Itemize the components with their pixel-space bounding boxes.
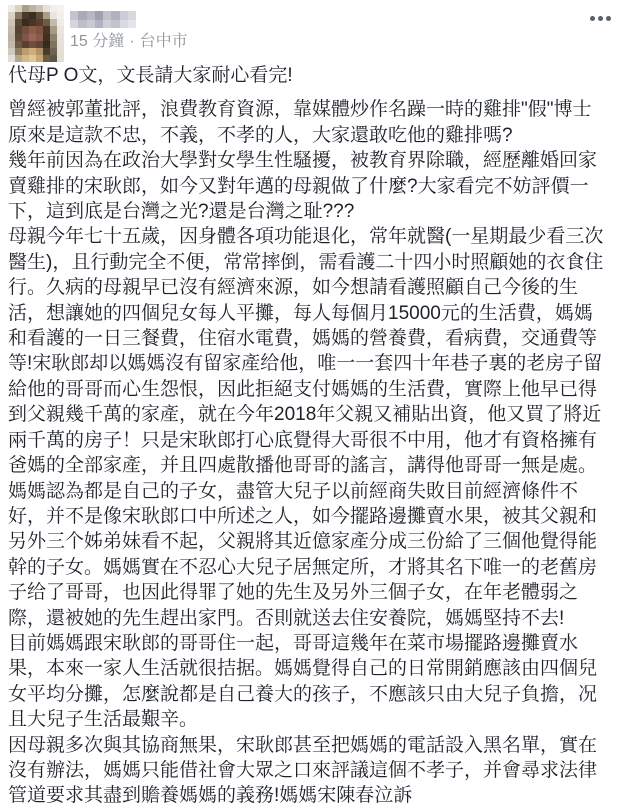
post-body: 代母P O文，文長請大家耐心看完!曾經被郭董批評，浪費教育資源，靠媒體炒作名躁一… (0, 63, 617, 809)
post-location-link[interactable]: 台中市 (140, 31, 188, 52)
author-avatar[interactable] (8, 5, 64, 62)
post-paragraph: 曾經被郭董批評，浪費教育資源，靠媒體炒作名躁一時的雞排"假"博士原來是這款不忠，… (8, 97, 609, 148)
post-paragraph: 母親今年七十五歲，因身體各項功能退化，常年就醫(一星期最少看三次醫生)，且行動完… (8, 224, 609, 631)
post-meta: 15 分鐘 · 台中市 (70, 31, 188, 52)
post-paragraph: 幾年前因為在政治大學對女學生性騷擾，被教育界除職，經歷離婚回家賣雞排的宋耿郎，如… (8, 148, 609, 224)
meta-separator: · (129, 31, 134, 52)
post-paragraph: 代母P O文，文長請大家耐心看完! (8, 63, 609, 88)
post-options-button[interactable] (586, 10, 615, 27)
author-name-redacted[interactable] (70, 11, 136, 28)
ellipsis-icon (590, 16, 611, 21)
post-timestamp[interactable]: 15 分鐘 (70, 31, 124, 52)
post-paragraph: 因母親多次與其協商無果，宋耿郎甚至把媽媽的電話設入黑名單，實在沒有辦法，媽媽只能… (8, 733, 609, 809)
facebook-post: 15 分鐘 · 台中市 代母P O文，文長請大家耐心看完!曾經被郭董批評，浪費教… (0, 0, 617, 809)
post-header: 15 分鐘 · 台中市 (0, 0, 617, 63)
post-paragraph: 目前媽媽跟宋耿郎的哥哥住一起，哥哥這幾年在菜市場擺路邊攤賣水果，本來一家人生活就… (8, 631, 609, 733)
